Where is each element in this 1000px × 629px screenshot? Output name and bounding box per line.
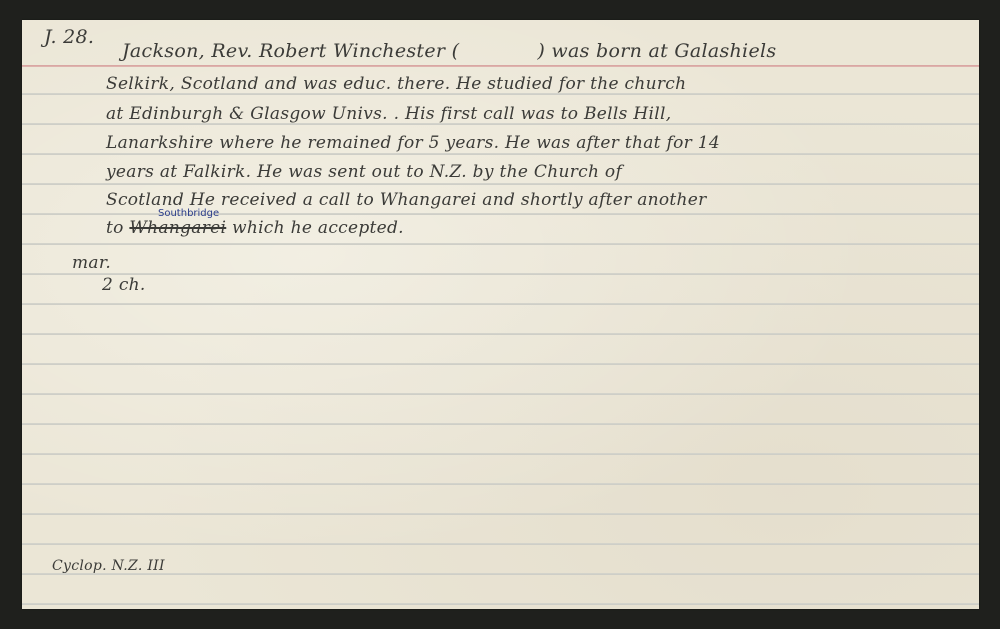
ruled-line — [22, 363, 979, 365]
header-red-rule — [22, 65, 979, 67]
body-line-1: Selkirk, Scotland and was educ. there. H… — [106, 74, 686, 94]
ruled-line — [22, 243, 979, 245]
index-card: J. 28. Jackson, Rev. Robert Winchester (… — [22, 20, 979, 609]
heading-line: Jackson, Rev. Robert Winchester () was b… — [122, 40, 776, 62]
body-line-4: years at Falkirk. He was sent out to N.Z… — [106, 162, 622, 182]
children-note: 2 ch. — [102, 275, 146, 295]
ruled-line — [22, 333, 979, 335]
ruled-line — [22, 153, 979, 155]
ruled-line — [22, 573, 979, 575]
ruled-line — [22, 273, 979, 275]
source-citation: Cyclop. N.Z. III — [52, 558, 165, 574]
line-prefix: to — [106, 218, 124, 238]
ruled-line — [22, 543, 979, 545]
birth-text: was born at Galashiels — [551, 40, 776, 62]
ruled-line — [22, 393, 979, 395]
ruled-line — [22, 483, 979, 485]
open-paren: ( — [452, 40, 460, 62]
ruled-line — [22, 303, 979, 305]
struck-word: Whangarei — [129, 218, 226, 238]
title: Rev. — [211, 40, 252, 62]
body-line-5: Scotland He received a call to Whangarei… — [106, 190, 707, 210]
ruled-line — [22, 513, 979, 515]
given-names: Robert Winchester — [259, 40, 445, 62]
ruled-line — [22, 423, 979, 425]
reference-number: J. 28. — [44, 26, 94, 48]
ruled-line — [22, 453, 979, 455]
marriage-note: mar. — [72, 253, 111, 273]
body-line-3: Lanarkshire where he remained for 5 year… — [106, 133, 720, 153]
inserted-correction: Southbridge — [158, 208, 219, 219]
body-line-6: to Whangarei which he accepted. — [106, 218, 404, 238]
ruled-line — [22, 603, 979, 605]
surname: Jackson, — [122, 40, 205, 62]
close-paren: ) — [537, 40, 545, 62]
line-suffix: which he accepted. — [232, 218, 404, 238]
ruled-line — [22, 183, 979, 185]
body-line-2: at Edinburgh & Glasgow Univs. . His firs… — [106, 104, 671, 124]
